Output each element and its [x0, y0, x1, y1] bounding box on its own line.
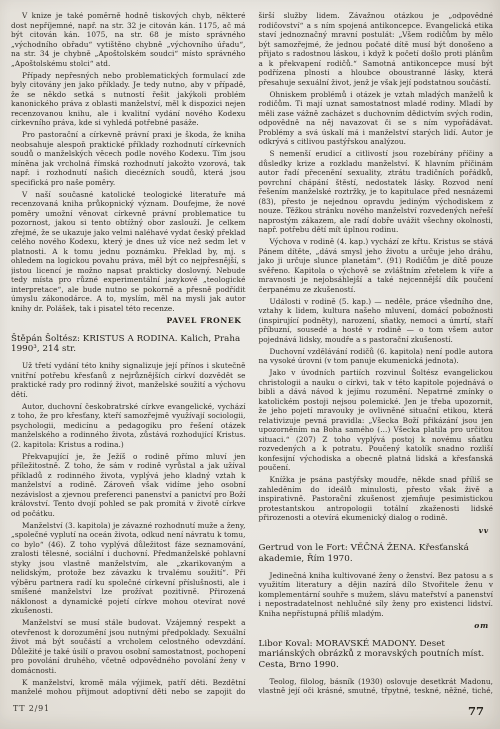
review1-paragraph: V knize je také poměrně hodně tiskových …: [11, 11, 246, 68]
review2-paragraph: Duchovní vzdělávání rodičů (6. kapitola)…: [259, 347, 494, 366]
review2-paragraph: Autor, duchovní českobratrské církve eva…: [11, 402, 246, 450]
review1-paragraph: Pro pastorační a církevně právní praxi j…: [11, 130, 246, 187]
review2-paragraph: Události v rodině (5. kap.) — neděle, pr…: [259, 297, 494, 345]
journal-issue-label: TT 2/91: [13, 704, 50, 713]
review2-paragraph: Manželství se musí stále budovat. Vzájem…: [11, 618, 246, 675]
review2-heading: Štěpán Šoltész: KRISTUS A RODINA. Kalich…: [11, 334, 246, 356]
review2-paragraph: Překvapující je, že Ježíš o rodině přímo…: [11, 452, 246, 519]
review2-signature: vv: [259, 526, 490, 536]
review2-paragraph: Ohniskem problémů i otázek je vztah mlad…: [259, 90, 494, 147]
review1-paragraph: V naší současné katolické teologické lit…: [11, 190, 246, 314]
page-number: 77: [468, 704, 484, 718]
review2-paragraph: Manželství (3. kapitola) je závazné rozh…: [11, 521, 246, 616]
review2-paragraph: Už třetí vydání této knihy signalizuje j…: [11, 361, 246, 399]
review3-signature: om: [259, 621, 490, 631]
review4-heading: Libor Koval: MORAVSKÉ MADONY. Deset mari…: [259, 639, 494, 671]
review2-paragraph: Jako v úvodních partiích rozvinul Šoltés…: [259, 368, 494, 473]
scanned-journal-page: V knize je také poměrně hodně tiskových …: [0, 0, 500, 729]
two-column-review-text: V knize je také poměrně hodně tiskových …: [11, 11, 493, 697]
review3-heading: Gertrud von le Fort: VĚČNÁ ŽENA. Křesťan…: [259, 543, 494, 565]
review1-signature: PAVEL FRONEK: [11, 316, 242, 326]
review3-paragraph: Jedinečná kniha kultivované ženy o ženst…: [259, 571, 494, 619]
review2-paragraph: Knížka je psána pastýřsky moudře, někde …: [259, 475, 494, 523]
review1-paragraph: Případy nepřesných nebo problematických …: [11, 71, 246, 128]
review2-paragraph: S nemenší erudicí a citlivostí jsou roze…: [259, 149, 494, 235]
review2-paragraph: Výchova v rodině (4. kap.) vychází ze kř…: [259, 237, 494, 294]
